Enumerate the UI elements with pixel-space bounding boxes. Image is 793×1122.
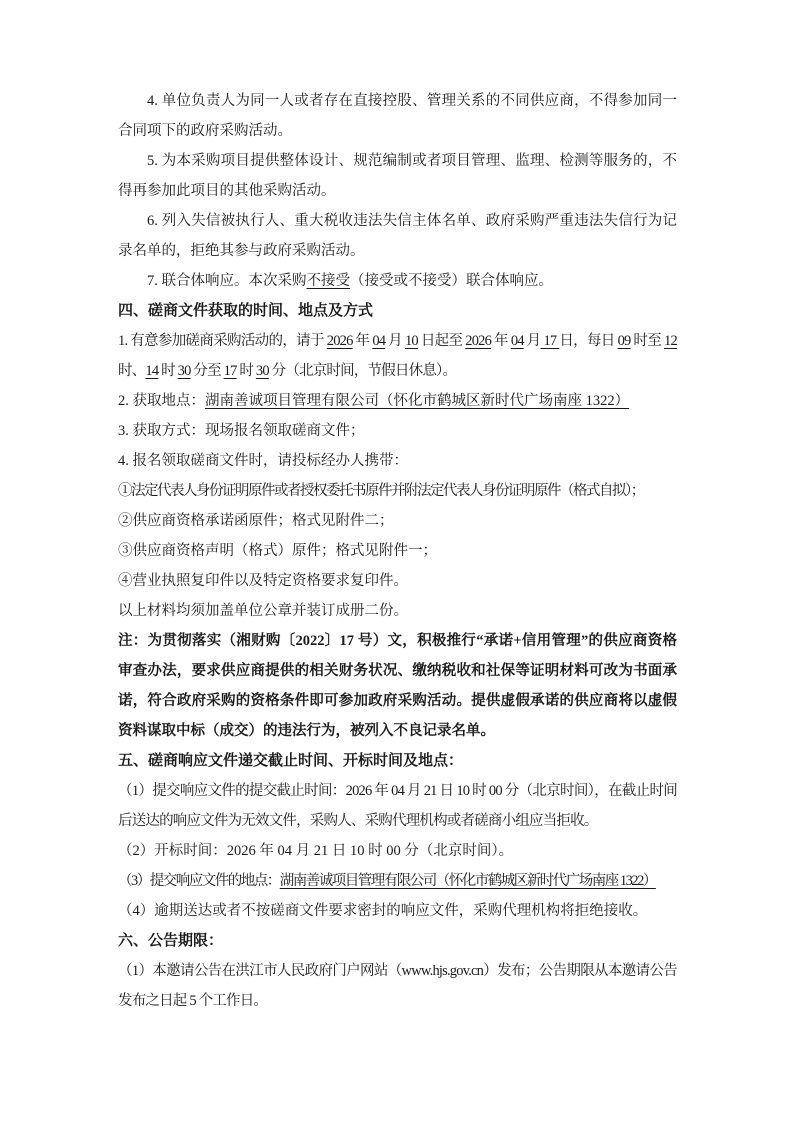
text-run: 五、磋商响应文件递交截止时间、开标时间及地点：	[118, 753, 463, 769]
underlined-text: 09	[618, 333, 631, 349]
underlined-text: 10	[405, 333, 418, 349]
note-credit-management: 注：为贯彻落实（湘财购〔2022〕17 号）文，积极推行“承诺+信用管理”的供应…	[118, 626, 677, 746]
text-run: （4）逾期送达或者不按磋商文件要求密封的响应文件，采购代理机构将拒绝接收。	[118, 903, 647, 919]
underlined-text: 不接受	[307, 273, 351, 289]
text-run: 时	[237, 363, 256, 379]
underlined-text: 04	[372, 333, 385, 349]
text-run: 注：为贯彻落实（湘财购〔2022〕17 号）文，积极推行“承诺+信用管理”的供应…	[118, 633, 677, 739]
text-run: ④营业执照复印件以及特定资格要求复印件。	[118, 573, 408, 589]
text-run: 2. 获取地点：	[118, 393, 205, 409]
bring-item-3: ③供应商资格声明（格式）原件；格式见附件一；	[118, 536, 677, 566]
underlined-text: 2026	[465, 333, 491, 349]
text-run: 年	[353, 333, 373, 349]
section-6-heading: 六、公告期限：	[118, 926, 677, 956]
text-run: 3. 获取方式：现场报名领取磋商文件；	[118, 423, 365, 439]
materials-binding-note: 以上材料均须加盖单位公章并装订成册二份。	[118, 596, 677, 626]
text-run: 时	[158, 363, 177, 379]
bring-item-1: ①法定代表人身份证明原件或者授权委托书原件并附法定代表人身份证明原件（格式自拟）…	[118, 476, 677, 506]
text-run: （1）本邀请公告在洪江市人民政府门户网站（www.hjs.gov.cn）发布；公…	[118, 963, 677, 1009]
underlined-text: 2026	[327, 333, 353, 349]
text-run: 6. 列入失信被执行人、重大税收违法失信主体名单、政府采购严重违法失信行为记录名…	[118, 213, 677, 259]
text-run: 时、	[118, 363, 145, 379]
text-run: 日起至	[418, 333, 465, 349]
underlined-text: 04	[511, 333, 524, 349]
text-run: 六、公告期限：	[118, 933, 223, 949]
underlined-text: 17	[224, 363, 237, 379]
underlined-text: 12	[664, 333, 677, 349]
text-run: ①法定代表人身份证明原件或者授权委托书原件并附法定代表人身份证明原件（格式自拟）…	[118, 483, 644, 499]
text-run: 年	[491, 333, 511, 349]
bring-item-4: ④营业执照复印件以及特定资格要求复印件。	[118, 566, 677, 596]
underlined-text: 14	[145, 363, 158, 379]
text-run: （3）提交响应文件的地点：	[118, 873, 280, 889]
text-run: （2）开标时间：2026 年 04 月 21 日 10 时 00 分（北京时间）…	[118, 843, 513, 859]
submit-deadline: （1）提交响应文件的提交截止时间：2026 年 04 月 21 日 10 时 0…	[118, 776, 677, 836]
item-obtain-time: 1. 有意参加磋商采购活动的，请于 2026 年 04 月 10 日起至 202…	[118, 326, 677, 386]
underlined-text: 30	[178, 363, 191, 379]
text-run: 分（北京时间，节假日休息）。	[269, 363, 456, 379]
opening-time: （2）开标时间：2026 年 04 月 21 日 10 时 00 分（北京时间）…	[118, 836, 677, 866]
text-run: 7. 联合体响应。本次采购	[147, 273, 307, 289]
text-run: 时至	[630, 333, 664, 349]
text-run: 月	[385, 333, 405, 349]
clause-dishonest-list: 6. 列入失信被执行人、重大税收违法失信主体名单、政府采购严重违法失信行为记录名…	[118, 206, 677, 266]
section-5-heading: 五、磋商响应文件递交截止时间、开标时间及地点：	[118, 746, 677, 776]
submit-place: （3）提交响应文件的地点：湖南善诚项目管理有限公司（怀化市鹤城区新时代广场南座 …	[118, 866, 677, 896]
text-run: 以上材料均须加盖单位公章并装订成册二份。	[118, 603, 408, 619]
item-obtain-place: 2. 获取地点：湖南善诚项目管理有限公司（怀化市鹤城区新时代广场南座 1322）	[118, 386, 677, 416]
text-run: ③供应商资格声明（格式）原件；格式见附件一；	[118, 543, 437, 559]
text-run: （接受或不接受）联合体响应。	[350, 273, 553, 289]
text-run: 5. 为本采购项目提供整体设计、规范编制或者项目管理、监理、检测等服务的，不得再…	[118, 153, 677, 199]
bring-item-2: ②供应商资格承诺函原件；格式见附件二；	[118, 506, 677, 536]
text-run: 月	[524, 333, 541, 349]
section-4-heading: 四、磋商文件获取的时间、地点及方式	[118, 296, 677, 326]
late-delivery-refusal: （4）逾期送达或者不按磋商文件要求密封的响应文件，采购代理机构将拒绝接收。	[118, 896, 677, 926]
text-run: ②供应商资格承诺函原件；格式见附件二；	[118, 513, 394, 529]
underlined-text: 湖南善诚项目管理有限公司（怀化市鹤城区新时代广场南座 1322）	[205, 393, 629, 409]
text-run: 4. 单位负责人为同一人或者存在直接控股、管理关系的不同供应商，不得参加同一合同…	[118, 93, 677, 139]
clause-design-services: 5. 为本采购项目提供整体设计、规范编制或者项目管理、监理、检测等服务的，不得再…	[118, 146, 677, 206]
text-run: （1）提交响应文件的提交截止时间：2026 年 04 月 21 日 10 时 0…	[118, 783, 677, 829]
underlined-text: 17	[541, 333, 560, 349]
underlined-text: 30	[256, 363, 269, 379]
text-run: 1. 有意参加磋商采购活动的，请于	[118, 333, 327, 349]
clause-consortium-response: 7. 联合体响应。本次采购不接受（接受或不接受）联合体响应。	[118, 266, 677, 296]
item-obtain-method: 3. 获取方式：现场报名领取磋商文件；	[118, 416, 677, 446]
text-run: 分至	[191, 363, 224, 379]
document-page: 4. 单位负责人为同一人或者存在直接控股、管理关系的不同供应商，不得参加同一合同…	[0, 0, 793, 1122]
item-registration-bring: 4. 报名领取磋商文件时，请投标经办人携带：	[118, 446, 677, 476]
text-run: 日，每日	[559, 333, 617, 349]
announcement-period: （1）本邀请公告在洪江市人民政府门户网站（www.hjs.gov.cn）发布；公…	[118, 956, 677, 1016]
clause-supplier-same-person: 4. 单位负责人为同一人或者存在直接控股、管理关系的不同供应商，不得参加同一合同…	[118, 86, 677, 146]
text-run: 4. 报名领取磋商文件时，请投标经办人携带：	[118, 453, 408, 469]
underlined-text: 湖南善诚项目管理有限公司（怀化市鹤城区新时代广场南座 1322）	[280, 873, 656, 889]
text-run: 四、磋商文件获取的时间、地点及方式	[118, 303, 373, 319]
